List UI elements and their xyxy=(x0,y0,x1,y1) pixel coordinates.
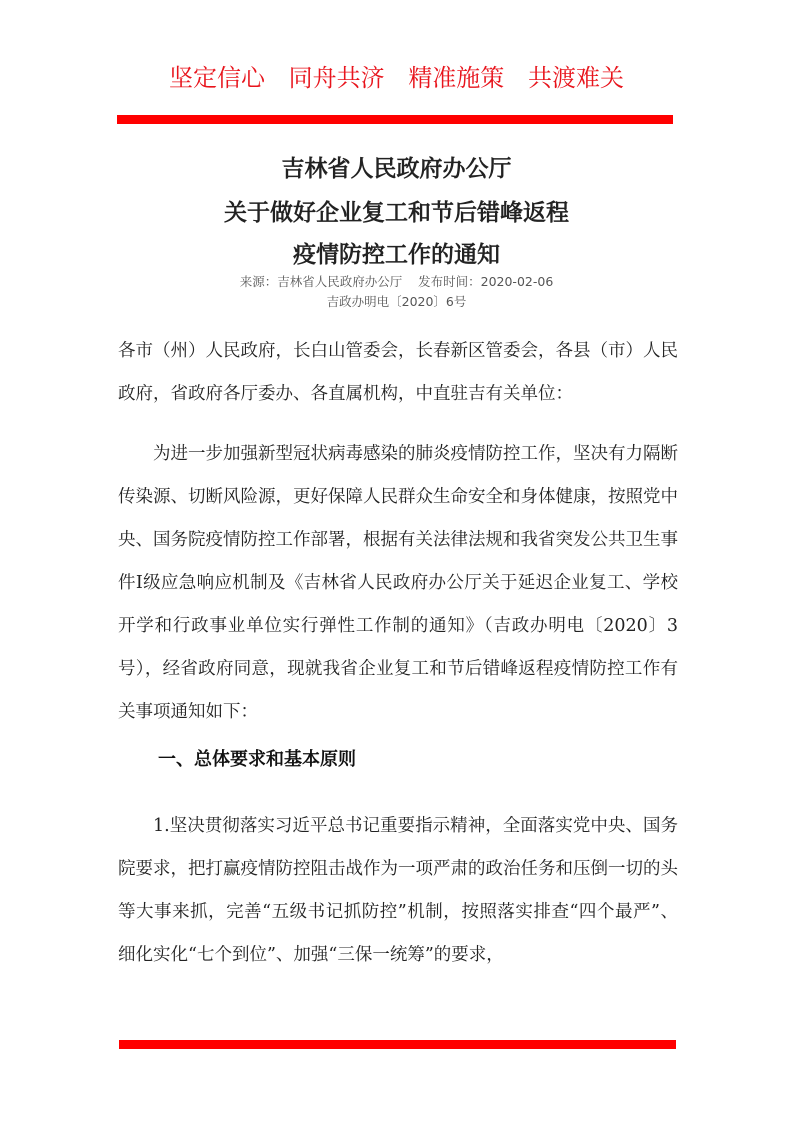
salutation-paragraph: 各市（州）人民政府，长白山管委会，长春新区管委会，各县（市）人民政府，省政府各厅… xyxy=(118,330,678,416)
item-1-paragraph: 1.坚决贯彻落实习近平总书记重要指示精神，全面落实党中央、国务院要求，把打赢疫情… xyxy=(118,805,678,977)
source-and-date: 来源：吉林省人民政府办公厅 发布时间：2020-02-06 xyxy=(0,272,793,290)
top-red-divider xyxy=(117,115,673,124)
slogan-1: 坚定信心 xyxy=(169,64,265,92)
slogan-banner: 坚定信心 同舟共济 精准施策 共渡难关 xyxy=(0,58,793,93)
publish-date: 发布时间：2020-02-06 xyxy=(418,274,553,289)
slogan-3: 精准施策 xyxy=(408,64,504,92)
title-line-1: 吉林省人民政府办公厅 xyxy=(0,150,793,183)
source-label: 来源：吉林省人民政府办公厅 xyxy=(240,274,403,289)
slogan-2: 同舟共济 xyxy=(289,64,385,92)
title-line-3: 疫情防控工作的通知 xyxy=(0,236,793,269)
document-number: 吉政办明电〔2020〕6号 xyxy=(0,292,793,310)
intro-paragraph: 为进一步加强新型冠状病毒感染的肺炎疫情防控工作，坚决有力隔断传染源、切断风险源，… xyxy=(118,433,678,734)
title-line-2: 关于做好企业复工和节后错峰返程 xyxy=(0,194,793,227)
bottom-red-divider xyxy=(119,1040,676,1049)
slogan-4: 共渡难关 xyxy=(528,64,624,92)
section-heading: 一、总体要求和基本原则 xyxy=(158,745,356,771)
